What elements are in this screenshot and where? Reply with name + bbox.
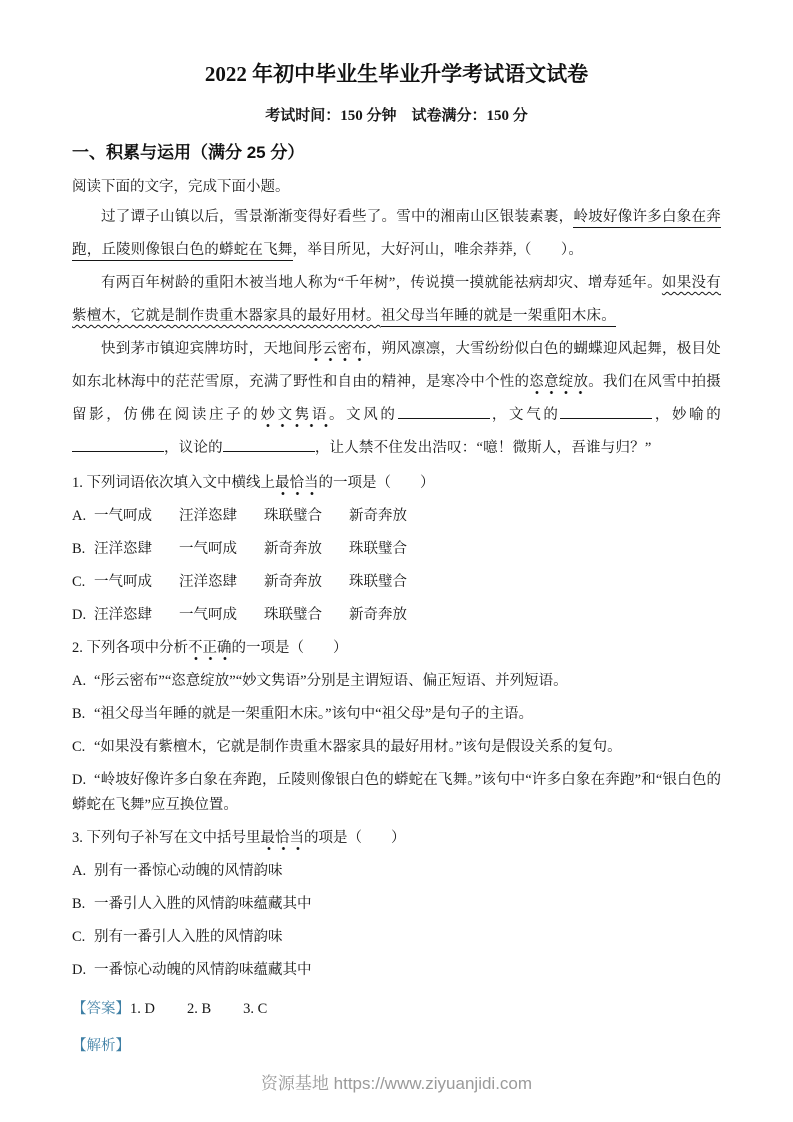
question-1-option-b: B.汪洋恣肆一气呵成新奇奔放珠联璧合 bbox=[72, 537, 721, 562]
passage-text: 快到茅市镇迎宾牌坊时，天地间 bbox=[101, 341, 308, 357]
question-2-option-b: B.“祖父母当年睡的就是一架重阳木床。”该句中“祖父母”是句子的主语。 bbox=[72, 702, 721, 727]
option-word: 珠联璧合 bbox=[264, 504, 349, 529]
stem-text: 1. 下列词语依次填入文中横线上 bbox=[72, 475, 275, 491]
question-2: 2. 下列各项中分析不正确的一项是（ ） A.“彤云密布”“恣意绽放”“妙文隽语… bbox=[72, 636, 721, 818]
exam-info-line: 考试时间：150 分钟 试卷满分：150 分 bbox=[72, 105, 721, 127]
option-label: A. bbox=[72, 669, 94, 694]
option-word: 一气呵成 bbox=[94, 570, 179, 595]
option-word: 一气呵成 bbox=[179, 603, 264, 628]
stem-text: 的项是（ ） bbox=[304, 830, 406, 846]
stem-text: 的一项是（ ） bbox=[319, 475, 435, 491]
fill-in-blank-line bbox=[398, 403, 490, 419]
option-label: C. bbox=[72, 925, 94, 950]
option-label: D. bbox=[72, 958, 94, 983]
option-word: 汪洋恣肆 bbox=[179, 504, 264, 529]
fill-in-blank-line bbox=[72, 436, 164, 452]
option-text: 一番惊心动魄的风情韵味蕴藏其中 bbox=[94, 962, 312, 978]
analysis-row: 【解析】 bbox=[72, 1034, 721, 1059]
option-word: 汪洋恣肆 bbox=[179, 570, 264, 595]
question-3-stem: 3. 下列句子补写在文中括号里最恰当的项是（ ） bbox=[72, 826, 721, 851]
option-text: 一番引人入胜的风情韵味蕴藏其中 bbox=[94, 896, 312, 912]
option-word: 珠联璧合 bbox=[349, 570, 407, 595]
stem-text: 3. 下列句子补写在文中括号里 bbox=[72, 830, 261, 846]
option-word: 汪洋恣肆 bbox=[94, 537, 179, 562]
question-1: 1. 下列词语依次填入文中横线上最恰当的一项是（ ） A.一气呵成汪洋恣肆珠联璧… bbox=[72, 471, 721, 628]
question-3: 3. 下列句子补写在文中括号里最恰当的项是（ ） A.别有一番惊心动魄的风情韵味… bbox=[72, 826, 721, 983]
fill-in-blank-line bbox=[560, 403, 652, 419]
passage-intro: 阅读下面的文字，完成下面小题。 bbox=[72, 175, 721, 199]
answer-row: 【答案】1. D2. B3. C bbox=[72, 997, 721, 1022]
option-label: A. bbox=[72, 859, 94, 884]
option-label: C. bbox=[72, 570, 94, 595]
question-1-option-d: D.汪洋恣肆一气呵成珠联璧合新奇奔放 bbox=[72, 603, 721, 628]
question-3-option-a: A.别有一番惊心动魄的风情韵味 bbox=[72, 859, 721, 884]
passage-text: 。文风的 bbox=[329, 407, 398, 423]
answer-item: 2. B bbox=[187, 1001, 211, 1017]
question-1-option-a: A.一气呵成汪洋恣肆珠联璧合新奇奔放 bbox=[72, 504, 721, 529]
emphasis-dotted-text: 妙文隽语 bbox=[260, 407, 329, 428]
passage-text: ，举目所见，大好河山，唯余莽莽,（ ）。 bbox=[293, 242, 584, 258]
question-2-option-d: D.“岭坡好像许多白象在奔跑，丘陵则像银白色的蟒蛇在飞舞。”该句中“许多白象在奔… bbox=[72, 768, 721, 818]
underlined-text: 祖父母当年睡的就是一架重阳木床。 bbox=[381, 308, 616, 327]
question-1-stem: 1. 下列词语依次填入文中横线上最恰当的一项是（ ） bbox=[72, 471, 721, 496]
emphasis-dotted-text: 最恰当 bbox=[275, 475, 319, 496]
option-word: 汪洋恣肆 bbox=[94, 603, 179, 628]
option-word: 新奇奔放 bbox=[349, 504, 407, 529]
option-text: 别有一番惊心动魄的风情韵味 bbox=[94, 863, 283, 879]
option-word: 一气呵成 bbox=[179, 537, 264, 562]
option-word: 一气呵成 bbox=[94, 504, 179, 529]
emphasis-dotted-text: 彤云密布 bbox=[308, 341, 367, 362]
option-text: “岭坡好像许多白象在奔跑，丘陵则像银白色的蟒蛇在飞舞。”该句中“许多白象在奔跑”… bbox=[72, 772, 721, 813]
emphasis-dotted-text: 恣意绽放 bbox=[529, 374, 588, 395]
question-2-option-c: C.“如果没有紫檀木，它就是制作贵重木器家具的最好用材。”该句是假设关系的复句。 bbox=[72, 735, 721, 760]
answer-item: 1. D bbox=[130, 1001, 155, 1017]
stem-text: 2. 下列各项中分析 bbox=[72, 640, 188, 656]
option-label: B. bbox=[72, 892, 94, 917]
question-3-option-b: B.一番引人入胜的风情韵味蕴藏其中 bbox=[72, 892, 721, 917]
stem-text: 的一项是（ ） bbox=[232, 640, 348, 656]
option-word: 珠联璧合 bbox=[349, 537, 407, 562]
passage-text: ，文气的 bbox=[490, 407, 561, 423]
passage-paragraph-1: 过了谭子山镇以后，雪景渐渐变得好看些了。雪中的湘南山区银装素裹，岭坡好像许多白象… bbox=[72, 201, 721, 267]
option-word: 新奇奔放 bbox=[264, 537, 349, 562]
option-word: 新奇奔放 bbox=[264, 570, 349, 595]
option-text: 别有一番引人入胜的风情韵味 bbox=[94, 929, 283, 945]
emphasis-dotted-text: 最恰当 bbox=[261, 830, 305, 851]
passage-paragraph-3: 快到茅市镇迎宾牌坊时，天地间彤云密布，朔风凛凛，大雪纷纷似白色的蝴蝶迎风起舞，极… bbox=[72, 333, 721, 465]
answer-item: 3. C bbox=[243, 1001, 267, 1017]
emphasis-dotted-text: 不正确 bbox=[188, 640, 232, 661]
passage-text: ，妙喻的 bbox=[652, 407, 721, 423]
answer-tag: 【答案】 bbox=[72, 1001, 130, 1017]
passage-text: 有两百年树龄的重阳木被当地人称为“千年树”，传说摸一摸就能祛病却灾、增寿延年。 bbox=[101, 275, 662, 291]
section-heading: 一、积累与运用（满分 25 分） bbox=[72, 141, 721, 165]
option-label: B. bbox=[72, 537, 94, 562]
footer-site-link[interactable]: 资源基地 https://www.ziyuanjidi.com bbox=[261, 1074, 532, 1093]
option-label: D. bbox=[72, 603, 94, 628]
analysis-tag: 【解析】 bbox=[72, 1038, 130, 1054]
question-3-option-c: C.别有一番引人入胜的风情韵味 bbox=[72, 925, 721, 950]
option-label: D. bbox=[72, 768, 94, 793]
option-label: C. bbox=[72, 735, 94, 760]
option-word: 珠联璧合 bbox=[264, 603, 349, 628]
footer-watermark: 资源基地 https://www.ziyuanjidi.com bbox=[0, 1069, 793, 1094]
passage-text: ，议论的 bbox=[164, 440, 223, 456]
option-label: B. bbox=[72, 702, 94, 727]
question-2-option-a: A.“彤云密布”“恣意绽放”“妙文隽语”分别是主谓短语、偏正短语、并列短语。 bbox=[72, 669, 721, 694]
option-label: A. bbox=[72, 504, 94, 529]
option-text: “如果没有紫檀木，它就是制作贵重木器家具的最好用材。”该句是假设关系的复句。 bbox=[94, 739, 622, 755]
passage-text: 过了谭子山镇以后，雪景渐渐变得好看些了。雪中的湘南山区银装素裹， bbox=[101, 209, 573, 225]
question-1-option-c: C.一气呵成汪洋恣肆新奇奔放珠联璧合 bbox=[72, 570, 721, 595]
question-3-option-d: D.一番惊心动魄的风情韵味蕴藏其中 bbox=[72, 958, 721, 983]
exam-document-page: 2022 年初中毕业生毕业升学考试语文试卷 考试时间：150 分钟 试卷满分：1… bbox=[0, 0, 793, 1122]
passage-text: ，让人禁不住发出浩叹：“噫！微斯人，吾谁与归？” bbox=[315, 440, 652, 456]
option-text: “祖父母当年睡的就是一架重阳木床。”该句中“祖父母”是句子的主语。 bbox=[94, 706, 533, 722]
passage-paragraph-2: 有两百年树龄的重阳木被当地人称为“千年树”，传说摸一摸就能祛病却灾、增寿延年。如… bbox=[72, 267, 721, 333]
fill-in-blank-line bbox=[223, 436, 315, 452]
page-title: 2022 年初中毕业生毕业升学考试语文试卷 bbox=[72, 58, 721, 90]
option-word: 新奇奔放 bbox=[349, 603, 407, 628]
question-2-stem: 2. 下列各项中分析不正确的一项是（ ） bbox=[72, 636, 721, 661]
option-text: “彤云密布”“恣意绽放”“妙文隽语”分别是主谓短语、偏正短语、并列短语。 bbox=[94, 673, 568, 689]
